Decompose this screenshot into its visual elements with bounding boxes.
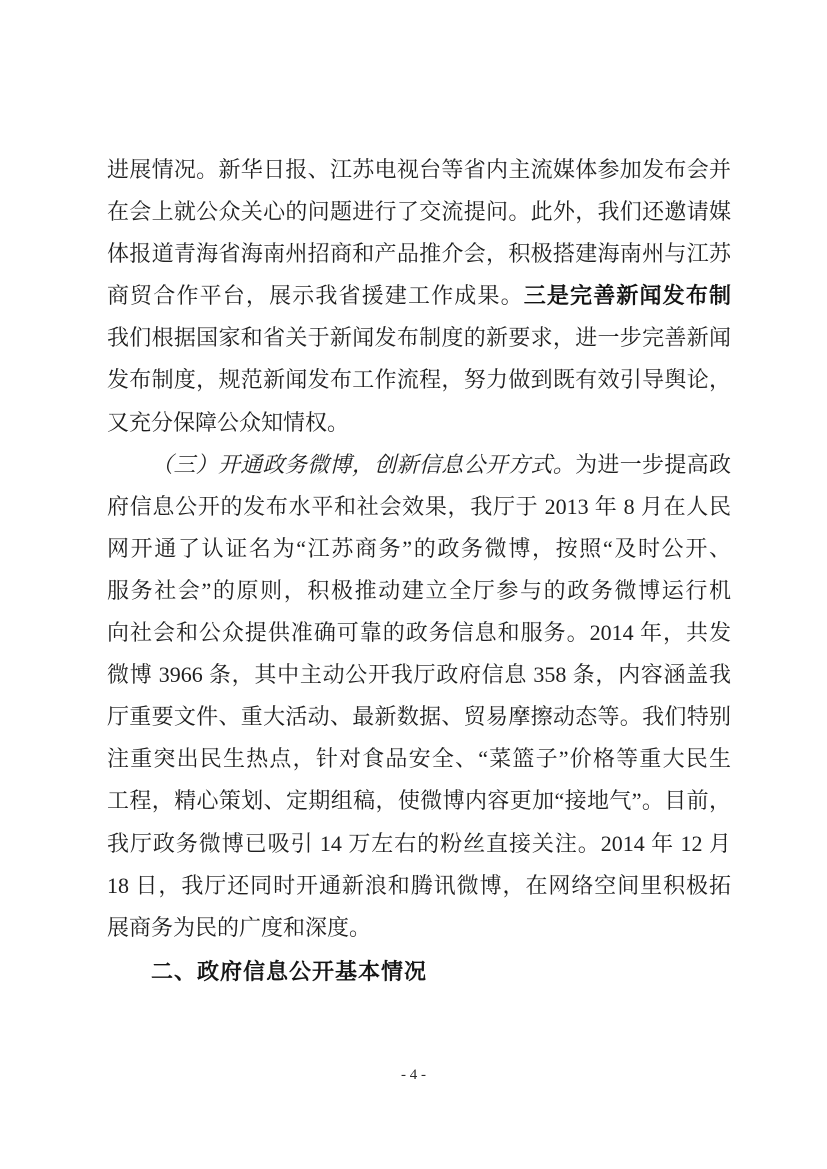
page-number: - 4 - — [0, 1066, 827, 1084]
document-body: 进展情况。新华日报、江苏电视台等省内主流媒体参加发布会并 在会上就公众关心的问题… — [107, 149, 731, 995]
text-line: 服务社会”的原则，积极推动建立全厅参与的政务微博运行机制， — [107, 570, 731, 612]
text-segment: 在会上就公众关心的问题进行了交流提问。此外，我们还邀请媒 — [107, 199, 731, 224]
text-segment: 网开通了认证名为“江苏商务”的政务微博，按照“及时公开、 — [107, 536, 731, 561]
text-line: 18 日，我厅还同时开通新浪和腾讯微博，在网络空间里积极拓 — [107, 865, 731, 907]
paragraph-end-line: 又充分保障公众知情权。 — [107, 402, 731, 444]
text-line: 商贸合作平台，展示我省援建工作成果。三是完善新闻发布制度。 — [107, 275, 731, 317]
text-segment: 体报道青海省海南州招商和产品推介会，积极搭建海南州与江苏 — [107, 241, 731, 266]
text-line: 我们根据国家和省关于新闻发布制度的新要求，进一步完善新闻 — [107, 317, 731, 359]
section-heading-text: 二、政府信息公开基本情况 — [151, 959, 427, 984]
text-line: 府信息公开的发布水平和社会效果，我厅于 2013 年 8 月在人民 — [107, 486, 731, 528]
text-line: 注重突出民生热点，针对食品安全、“菜篮子”价格等重大民生 — [107, 738, 731, 780]
text-line: 体报道青海省海南州招商和产品推介会，积极搭建海南州与江苏 — [107, 233, 731, 275]
text-line: 进展情况。新华日报、江苏电视台等省内主流媒体参加发布会并 — [107, 149, 731, 191]
text-segment: 为进一步提高政 — [575, 452, 731, 477]
text-segment: 18 日，我厅还同时开通新浪和腾讯微博，在网络空间里积极拓 — [107, 873, 731, 898]
paragraph-start-line: （三）开通政务微博，创新信息公开方式。为进一步提高政 — [107, 444, 731, 486]
text-segment: 向社会和公众提供准确可靠的政务信息和服务。2014 年，共发 — [107, 620, 731, 645]
text-segment: 商贸合作平台，展示我省援建工作成果。 — [107, 283, 524, 308]
text-segment: 进展情况。新华日报、江苏电视台等省内主流媒体参加发布会并 — [107, 157, 731, 182]
text-segment: 府信息公开的发布水平和社会效果，我厅于 2013 年 8 月在人民 — [107, 494, 731, 519]
text-line: 工程，精心策划、定期组稿，使微博内容更加“接地气”。目前， — [107, 780, 731, 822]
text-segment: 厅重要文件、重大活动、最新数据、贸易摩擦动态等。我们特别 — [107, 704, 731, 729]
text-segment: 注重突出民生热点，针对食品安全、“菜篮子”价格等重大民生 — [107, 746, 731, 771]
text-segment: 服务社会”的原则，积极推动建立全厅参与的政务微博运行机制， — [107, 578, 731, 612]
text-line: 我厅政务微博已吸引 14 万左右的粉丝直接关注。2014 年 12 月 — [107, 823, 731, 865]
subheading-segment: （三）开通政务微博，创新信息公开方式。 — [151, 452, 575, 477]
text-segment: 我厅政务微博已吸引 14 万左右的粉丝直接关注。2014 年 12 月 — [107, 831, 731, 856]
text-line: 厅重要文件、重大活动、最新数据、贸易摩擦动态等。我们特别 — [107, 696, 731, 738]
text-line: 微博 3966 条，其中主动公开我厅政府信息 358 条，内容涵盖我 — [107, 654, 731, 696]
paragraph-end-line: 展商务为民的广度和深度。 — [107, 907, 731, 949]
text-segment: 发布制度，规范新闻发布工作流程，努力做到既有效引导舆论， — [107, 367, 731, 392]
section-heading: 二、政府信息公开基本情况 — [107, 949, 731, 995]
text-line: 发布制度，规范新闻发布工作流程，努力做到既有效引导舆论， — [107, 359, 731, 401]
text-line: 向社会和公众提供准确可靠的政务信息和服务。2014 年，共发 — [107, 612, 731, 654]
text-segment: 又充分保障公众知情权。 — [107, 410, 349, 435]
text-segment: 微博 3966 条，其中主动公开我厅政府信息 358 条，内容涵盖我 — [107, 662, 731, 687]
text-line: 网开通了认证名为“江苏商务”的政务微博，按照“及时公开、 — [107, 528, 731, 570]
text-segment: 工程，精心策划、定期组稿，使微博内容更加“接地气”。目前， — [107, 788, 731, 813]
text-segment: 展商务为民的广度和深度。 — [107, 915, 371, 940]
document-page: 进展情况。新华日报、江苏电视台等省内主流媒体参加发布会并 在会上就公众关心的问题… — [0, 0, 827, 1169]
text-line: 在会上就公众关心的问题进行了交流提问。此外，我们还邀请媒 — [107, 191, 731, 233]
text-segment: 我们根据国家和省关于新闻发布制度的新要求，进一步完善新闻 — [107, 325, 731, 350]
